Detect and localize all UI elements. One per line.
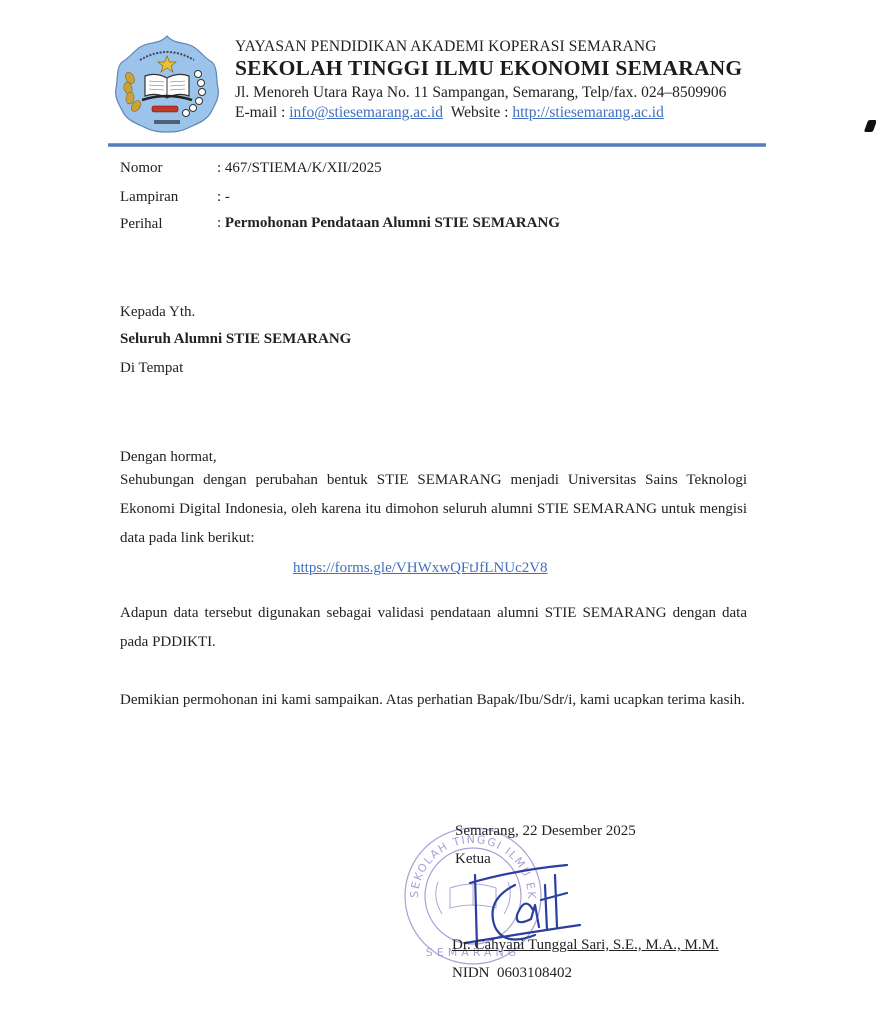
meta-value-nomor: : 467/STIEMA/K/XII/2025 [217, 160, 382, 177]
meta-label-nomor: Nomor [120, 160, 163, 177]
body-paragraph-2: Adapun data tersebut digunakan sebagai v… [120, 599, 747, 657]
perihal-subject: Permohonan Pendataan Alumni STIE SEMARAN… [225, 215, 560, 231]
form-link[interactable]: https://forms.gle/VHWxwQFtJfLNUc2V8 [293, 560, 548, 577]
institution-address: Jl. Menoreh Utara Raya No. 11 Sampangan,… [235, 84, 726, 102]
website-link[interactable]: http://stiesemarang.ac.id [512, 104, 664, 121]
signatory-name: Dr. Cahyani Tunggal Sari, S.E., M.A., M.… [452, 937, 719, 954]
meta-label-perihal: Perihal [120, 216, 163, 233]
recipient-location: Di Tempat [120, 360, 183, 377]
institution-logo-icon [112, 34, 222, 134]
website-label: Website : [451, 104, 513, 121]
body-paragraph-1: Sehubungan dengan perubahan bentuk STIE … [120, 466, 747, 553]
recipient-name: Seluruh Alumni STIE SEMARANG [120, 331, 351, 348]
meta-value-lampiran: : - [217, 189, 230, 206]
place-date: Semarang, 22 Desember 2025 [455, 823, 636, 840]
signatory-position: Ketua [455, 851, 491, 868]
meta-label-lampiran: Lampiran [120, 189, 178, 206]
signatory-nidn: NIDN 0603108402 [452, 965, 572, 982]
foundation-name: YAYASAN PENDIDIKAN AKADEMI KOPERASI SEMA… [235, 38, 657, 56]
scan-speck [864, 120, 876, 132]
salutation: Dengan hormat, [120, 449, 217, 466]
institution-name: SEKOLAH TINGGI ILMU EKONOMI SEMARANG [235, 56, 742, 81]
contact-line: E-mail : info@stiesemarang.ac.id Website… [235, 104, 664, 122]
letterhead-divider [108, 143, 766, 147]
email-label: E-mail : [235, 104, 289, 121]
perihal-prefix: : [217, 215, 225, 231]
handwritten-signature-icon [455, 855, 585, 950]
recipient-greeting: Kepada Yth. [120, 304, 195, 321]
meta-value-perihal: : Permohonan Pendataan Alumni STIE SEMAR… [217, 215, 560, 232]
body-paragraph-3: Demikian permohonan ini kami sampaikan. … [120, 686, 747, 715]
email-link[interactable]: info@stiesemarang.ac.id [289, 104, 443, 121]
